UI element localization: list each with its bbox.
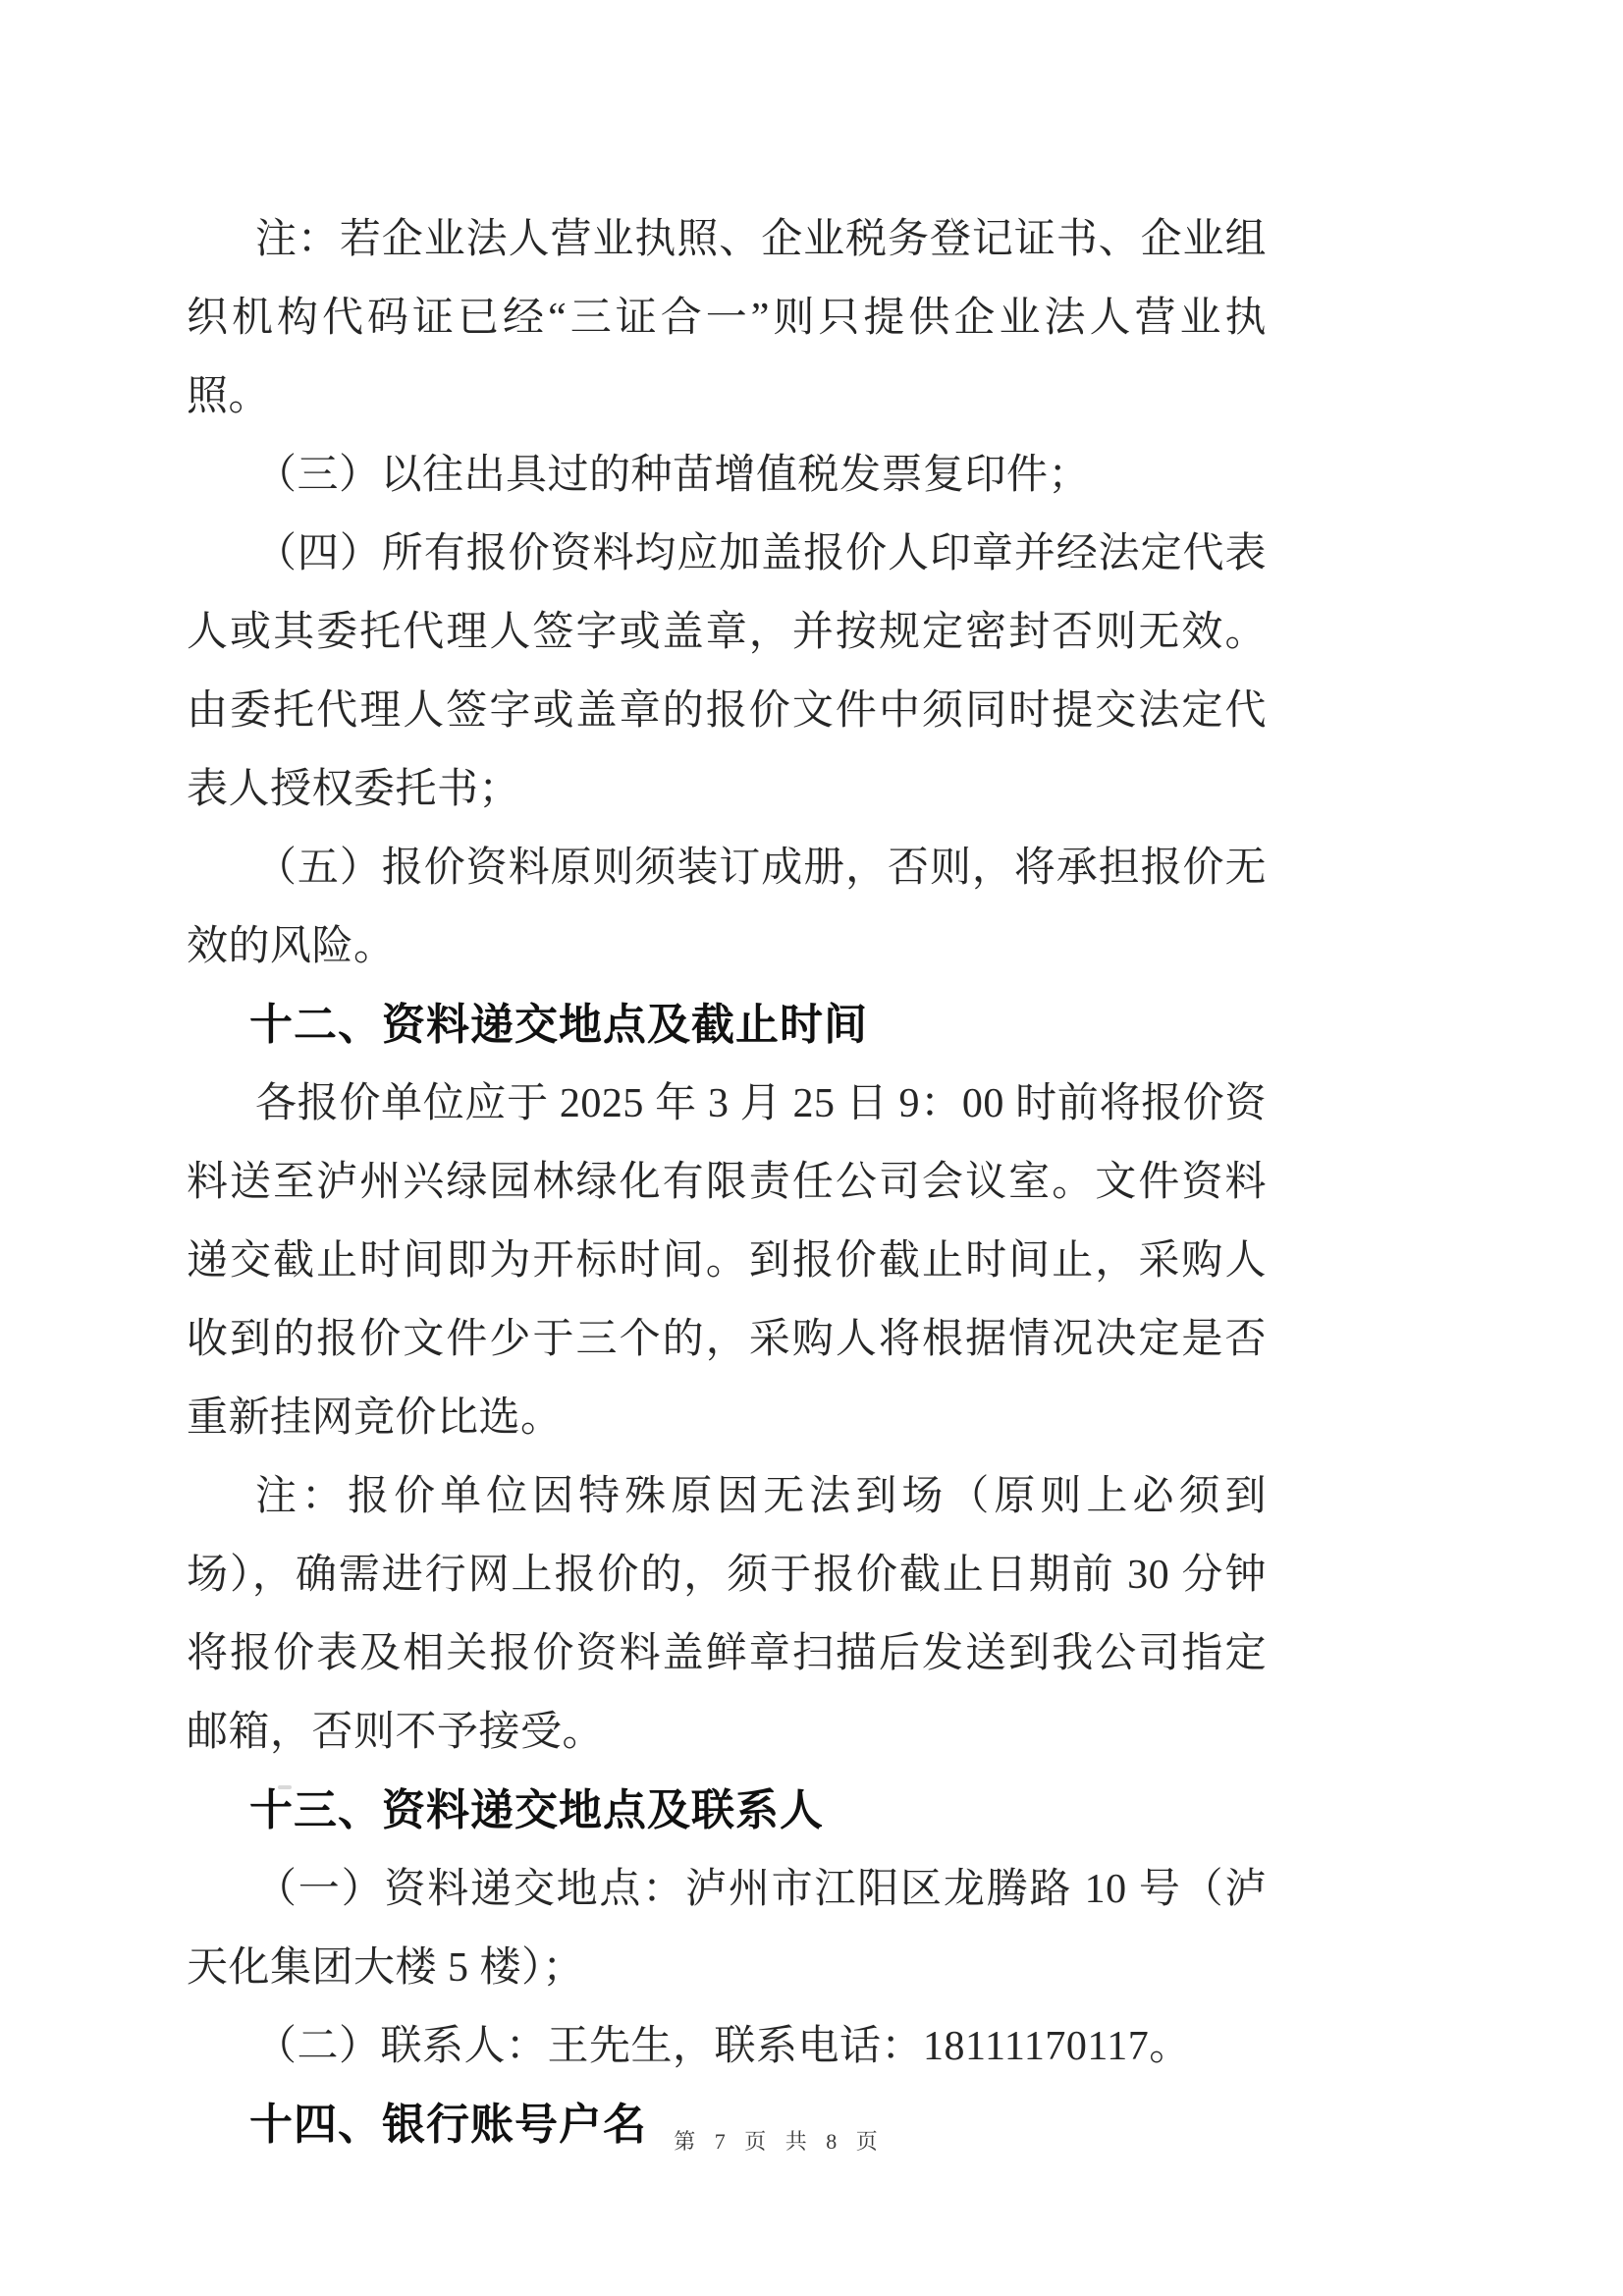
paragraph-submission-address: （一）资料递交地点：泸州市江阳区龙腾路 10 号（泸天化集团大楼 5 楼）； [187,1850,1267,2007]
document-body: 注：若企业法人营业执照、企业税务登记证书、企业组织机构代码证已经“三证合一”则只… [187,200,1267,2164]
paragraph-item-4: （四）所有报价资料均应加盖报价人印章并经法定代表人或其委托代理人签字或盖章，并按… [187,515,1267,829]
paragraph-contact-person: （二）联系人：王先生，联系电话：18111170117。 [187,2007,1267,2086]
paragraph-note-remote-quotation: 注：报价单位因特殊原因无法到场（原则上必须到场），确需进行网上报价的，须于报价截… [187,1457,1267,1772]
paragraph-deadline-details: 各报价单位应于 2025 年 3 月 25 日 9：00 时前将报价资料送至泸州… [187,1065,1267,1457]
paragraph-note-three-in-one: 注：若企业法人营业执照、企业税务登记证书、企业组织机构代码证已经“三证合一”则只… [187,200,1267,436]
section-heading-12-submission-deadline: 十二、资料递交地点及截止时间 [187,986,1267,1065]
paragraph-item-3: （三）以往出具过的种苗增值税发票复印件； [187,436,1267,515]
page-number: 第 7 页 共 8 页 [0,2125,1558,2156]
section-heading-13-contact: 十三、资料递交地点及联系人 [187,1772,1267,1850]
document-page: 注：若企业法人营业执照、企业税务登记证书、企业组织机构代码证已经“三证合一”则只… [0,0,1623,2296]
scan-noise-speck [278,1785,292,1789]
paragraph-item-5: （五）报价资料原则须装订成册，否则，将承担报价无效的风险。 [187,829,1267,986]
